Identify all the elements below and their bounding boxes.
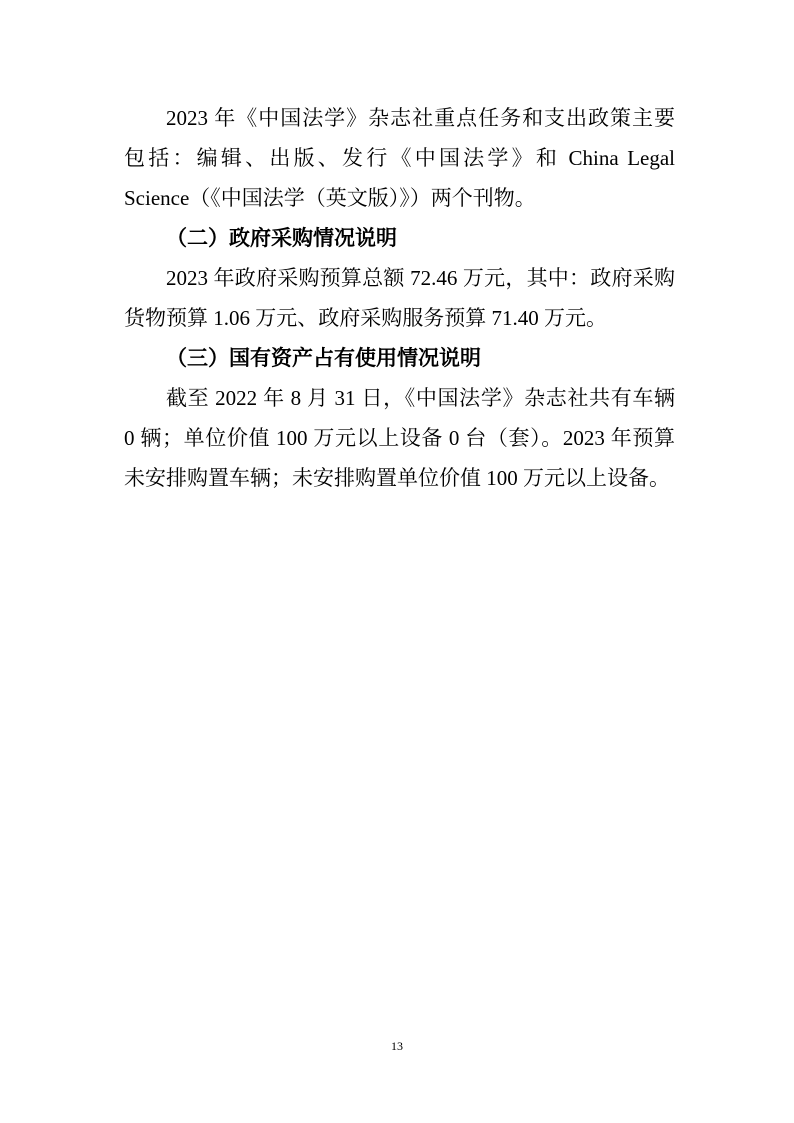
page-body-text: 2023 年《中国法学》杂志社重点任务和支出政策主要包括：编辑、出版、发行《中国… (124, 98, 675, 498)
paragraph-procurement-budget: 2023 年政府采购预算总额 72.46 万元，其中：政府采购货物预算 1.06… (124, 258, 675, 338)
heading-section-3-state-assets: （三）国有资产占有使用情况说明 (124, 338, 675, 378)
document-page: 2023 年《中国法学》杂志社重点任务和支出政策主要包括：编辑、出版、发行《中国… (0, 0, 794, 1123)
heading-section-2-government-procurement: （二）政府采购情况说明 (124, 218, 675, 258)
paragraph-state-assets-detail: 截至 2022 年 8 月 31 日，《中国法学》杂志社共有车辆 0 辆；单位价… (124, 378, 675, 498)
page-number: 13 (0, 1038, 794, 1054)
paragraph-tasks-and-policies: 2023 年《中国法学》杂志社重点任务和支出政策主要包括：编辑、出版、发行《中国… (124, 98, 675, 218)
